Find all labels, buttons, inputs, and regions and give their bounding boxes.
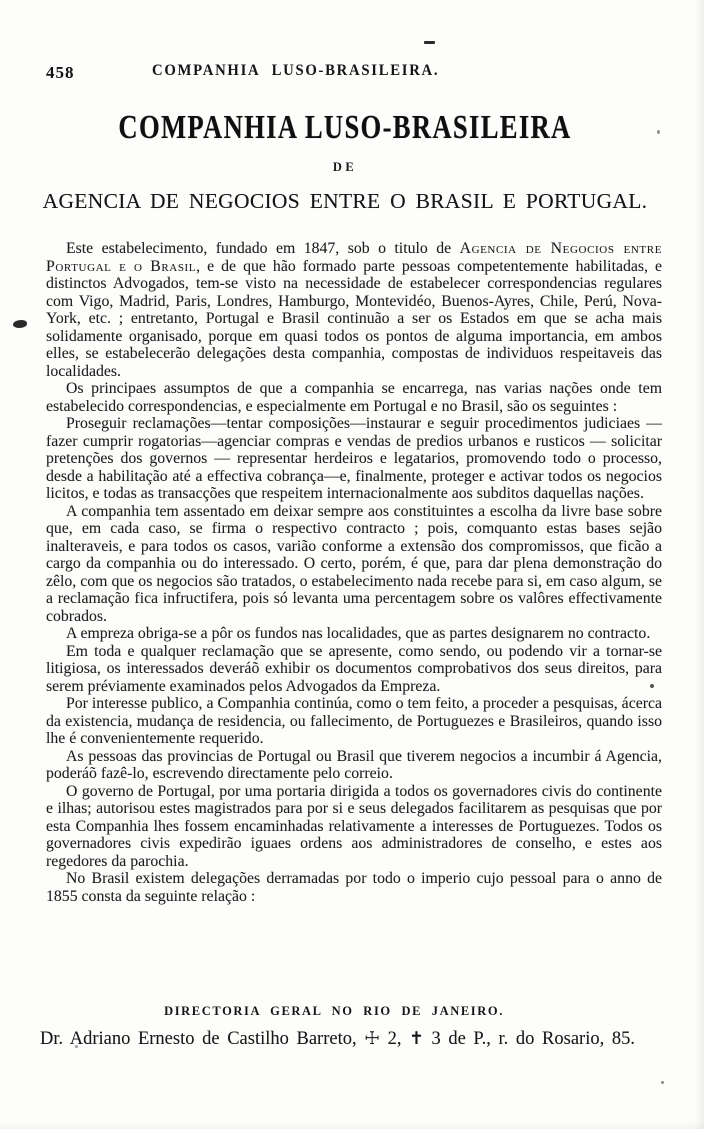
paragraph-6: Em toda e qualquer reclamação que se apr…	[46, 643, 662, 696]
book-page: 458 COMPANHIA LUSO-BRASILEIRA. COMPANHIA…	[0, 0, 704, 1129]
text-segment: O governo de Portugal, por uma portaria …	[46, 783, 662, 870]
directory-heading: DIRECTORIA GERAL NO RIO DE JANEIRO.	[0, 1004, 668, 1019]
text-segment: A companhia tem assentado em deixar semp…	[46, 503, 662, 625]
directory-entry: Dr. Adriano Ernesto de Castilho Barreto,…	[40, 1026, 704, 1051]
body-text: Este estabelecimento, fundado em 1847, s…	[46, 240, 662, 905]
page-number: 458	[46, 63, 75, 83]
page-header: 458 COMPANHIA LUSO-BRASILEIRA.	[46, 61, 662, 85]
paragraph-10: No Brasil existem delegações derramadas …	[46, 870, 662, 905]
running-head: COMPANHIA LUSO-BRASILEIRA.	[152, 62, 439, 80]
text-segment: No Brasil existem delegações derramadas …	[46, 870, 662, 905]
text-segment: As pessoas das provincias de Portugal ou…	[46, 748, 662, 783]
subtitle: AGENCIA DE NEGOCIOS ENTRE O BRASIL E POR…	[0, 189, 690, 214]
cross-potent-icon: ☩	[364, 1028, 380, 1048]
text-segment: Proseguir reclamações—tentar composições…	[46, 415, 662, 502]
paragraph-3: Proseguir reclamações—tentar composições…	[46, 415, 662, 503]
paragraph-7: Por interesse publico, a Companhia conti…	[46, 695, 662, 748]
text-segment: , e de que hão formado parte pessoas com…	[46, 258, 662, 380]
paragraph-1: Este estabelecimento, fundado em 1847, s…	[46, 240, 662, 380]
text-segment: 2,	[380, 1029, 409, 1049]
text-segment: 3 de P., r. do Rosario, 85.	[424, 1029, 635, 1049]
paragraph-2: Os principaes assumptos de que a companh…	[46, 380, 662, 415]
title-connector: DE	[0, 160, 690, 175]
page-edge-shading-right	[694, 0, 704, 1129]
text-segment: Os principaes assumptos de que a companh…	[46, 380, 662, 415]
title-block: COMPANHIA LUSO-BRASILEIRA DE AGENCIA DE …	[0, 108, 690, 214]
paragraph-8: As pessoas das provincias de Portugal ou…	[46, 748, 662, 783]
paragraph-9: O governo de Portugal, por uma portaria …	[46, 783, 662, 871]
paragraph-4: A companhia tem assentado em deixar semp…	[46, 503, 662, 626]
paragraph-5: A empreza obriga-se a pôr os fundos nas …	[46, 625, 662, 643]
page-edge-shading-bottom	[0, 1121, 704, 1129]
text-segment: Por interesse publico, a Companhia conti…	[46, 695, 662, 747]
scan-artifact-speck	[661, 1081, 664, 1084]
text-segment: A empreza obriga-se a pôr os fundos nas …	[66, 625, 650, 642]
scan-artifact-ink-blob	[13, 320, 27, 328]
latin-cross-icon: ✝	[409, 1028, 424, 1048]
main-title: COMPANHIA LUSO-BRASILEIRA	[48, 108, 641, 147]
text-segment: Dr. Adriano Ernesto de Castilho Barreto,	[40, 1029, 364, 1049]
text-segment: Em toda e qualquer reclamação que se apr…	[46, 643, 662, 695]
scan-artifact-dash	[424, 41, 435, 44]
text-segment: Este estabelecimento, fundado em 1847, s…	[66, 240, 460, 257]
